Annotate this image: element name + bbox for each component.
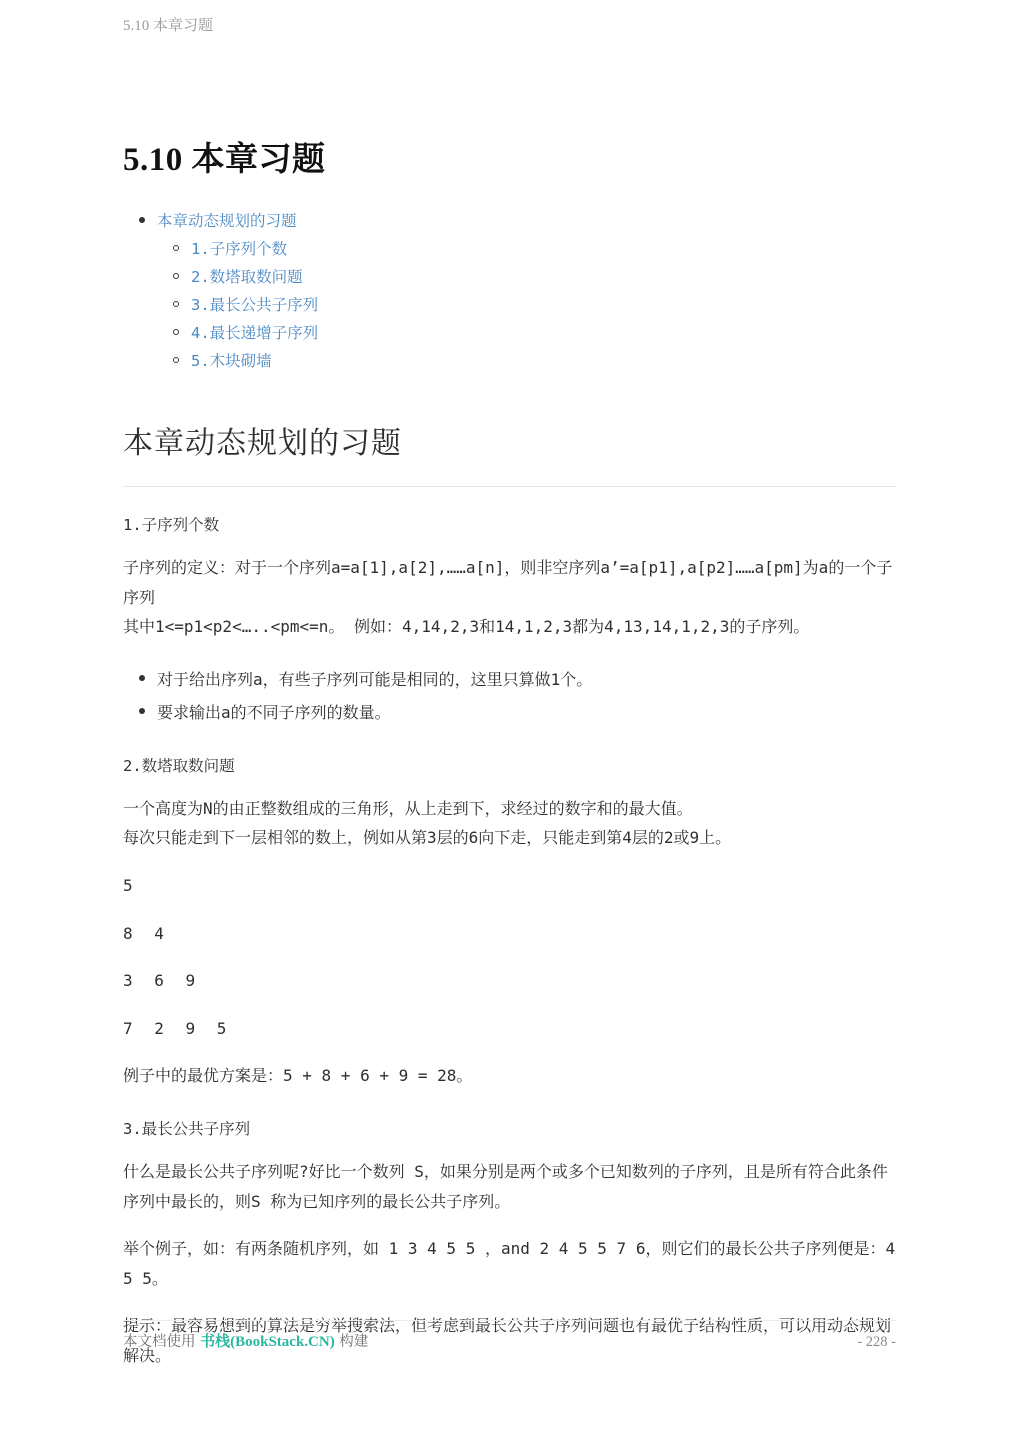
subheading-1: 1.子序列个数 [123,513,896,535]
bullet-circle-icon [173,329,179,335]
pyramid-row-2: 8 4 [123,919,896,949]
toc-link-lis[interactable]: 4.最长递增子序列 [191,321,318,343]
bullet-disc-icon [139,708,145,714]
page-number: - 228 - [857,1334,896,1351]
bullet-circle-icon [173,273,179,279]
page-footer: 本文档使用 书栈(BookStack.CN) 构建 - 228 - [123,1320,896,1351]
toc-item-root: 本章动态规划的习题 [123,206,896,234]
list-item: 要求输出a的不同子序列的数量。 [123,695,896,728]
running-header: 5.10 本章习题 [123,14,896,35]
paragraph-subsequence-definition: 子序列的定义：对于一个序列a=a[1],a[2],……a[n]，则非空序列a’=… [123,553,896,642]
definition-line-1: 子序列的定义：对于一个序列a=a[1],a[2],……a[n]，则非空序列a’=… [123,553,896,612]
pyramid-row-4: 7 2 9 5 [123,1014,896,1044]
toc-link-subsequence-count[interactable]: 1.子序列个数 [191,237,287,259]
toc-link-root[interactable]: 本章动态规划的习题 [157,209,297,231]
list-item: 对于给出序列a，有些子序列可能是相同的，这里只算做1个。 [123,662,896,695]
pyramid-row-1: 5 [123,871,896,901]
footer-build-note: 本文档使用 书栈(BookStack.CN) 构建 [123,1330,368,1351]
toc-item: 1.子序列个数 [123,234,896,262]
paragraph-number-tower: 一个高度为N的由正整数组成的三角形，从上走到下，求经过的数字和的最大值。 每次只… [123,794,896,853]
page-content: 5.10 本章习题 5.10 本章习题 本章动态规划的习题 1.子序列个数 2.… [0,0,1019,1371]
paragraph-lcs-example: 举个例子，如：有两条随机序列，如 1 3 4 5 5 ，and 2 4 5 5 … [123,1234,896,1293]
toc-link-lcs[interactable]: 3.最长公共子序列 [191,293,318,315]
toc-link-number-tower[interactable]: 2.数塔取数问题 [191,265,303,287]
document-page: 5.10 本章习题 5.10 本章习题 本章动态规划的习题 1.子序列个数 2.… [0,0,1019,1440]
paragraph-lcs-definition: 什么是最长公共子序列呢?好比一个数列 S，如果分别是两个或多个已知数列的子序列，… [123,1157,896,1216]
page-title: 5.10 本章习题 [123,133,896,180]
bullet-circle-icon [173,357,179,363]
bookstack-link[interactable]: 书栈(BookStack.CN) [200,1334,335,1350]
list-item-text: 对于给出序列a，有些子序列可能是相同的，这里只算做1个。 [157,667,592,690]
tower-line-1: 一个高度为N的由正整数组成的三角形，从上走到下，求经过的数字和的最大值。 [123,794,896,824]
tower-line-2: 每次只能走到下一层相邻的数上，例如从第3层的6向下走，只能走到第4层的2或9上。 [123,823,896,853]
subheading-2: 2.数塔取数问题 [123,754,896,776]
toc-item: 2.数塔取数问题 [123,262,896,290]
subheading-3: 3.最长公共子序列 [123,1117,896,1139]
pyramid-row-3: 3 6 9 [123,966,896,996]
bullet-circle-icon [173,301,179,307]
bullet-disc-icon [139,675,145,681]
section-heading: 本章动态规划的习题 [123,418,896,487]
toc-item: 4.最长递增子序列 [123,318,896,346]
bullet-disc-icon [139,217,145,223]
toc-link-wood-wall[interactable]: 5.木块砌墙 [191,349,272,371]
subsequence-notes-list: 对于给出序列a，有些子序列可能是相同的，这里只算做1个。 要求输出a的不同子序列… [123,662,896,728]
toc-item: 3.最长公共子序列 [123,290,896,318]
toc-item: 5.木块砌墙 [123,346,896,374]
footer-prefix: 本文档使用 [123,1334,200,1350]
table-of-contents: 本章动态规划的习题 1.子序列个数 2.数塔取数问题 3.最长公共子序列 4.最… [123,206,896,374]
definition-line-2: 其中1<=p1<p2<…..<pm<=n。 例如：4,14,2,3和14,1,2… [123,612,896,642]
bullet-circle-icon [173,245,179,251]
list-item-text: 要求输出a的不同子序列的数量。 [157,700,391,723]
footer-suffix: 构建 [335,1334,369,1350]
paragraph-optimal-plan: 例子中的最优方案是：5 + 8 + 6 + 9 = 28。 [123,1061,896,1091]
